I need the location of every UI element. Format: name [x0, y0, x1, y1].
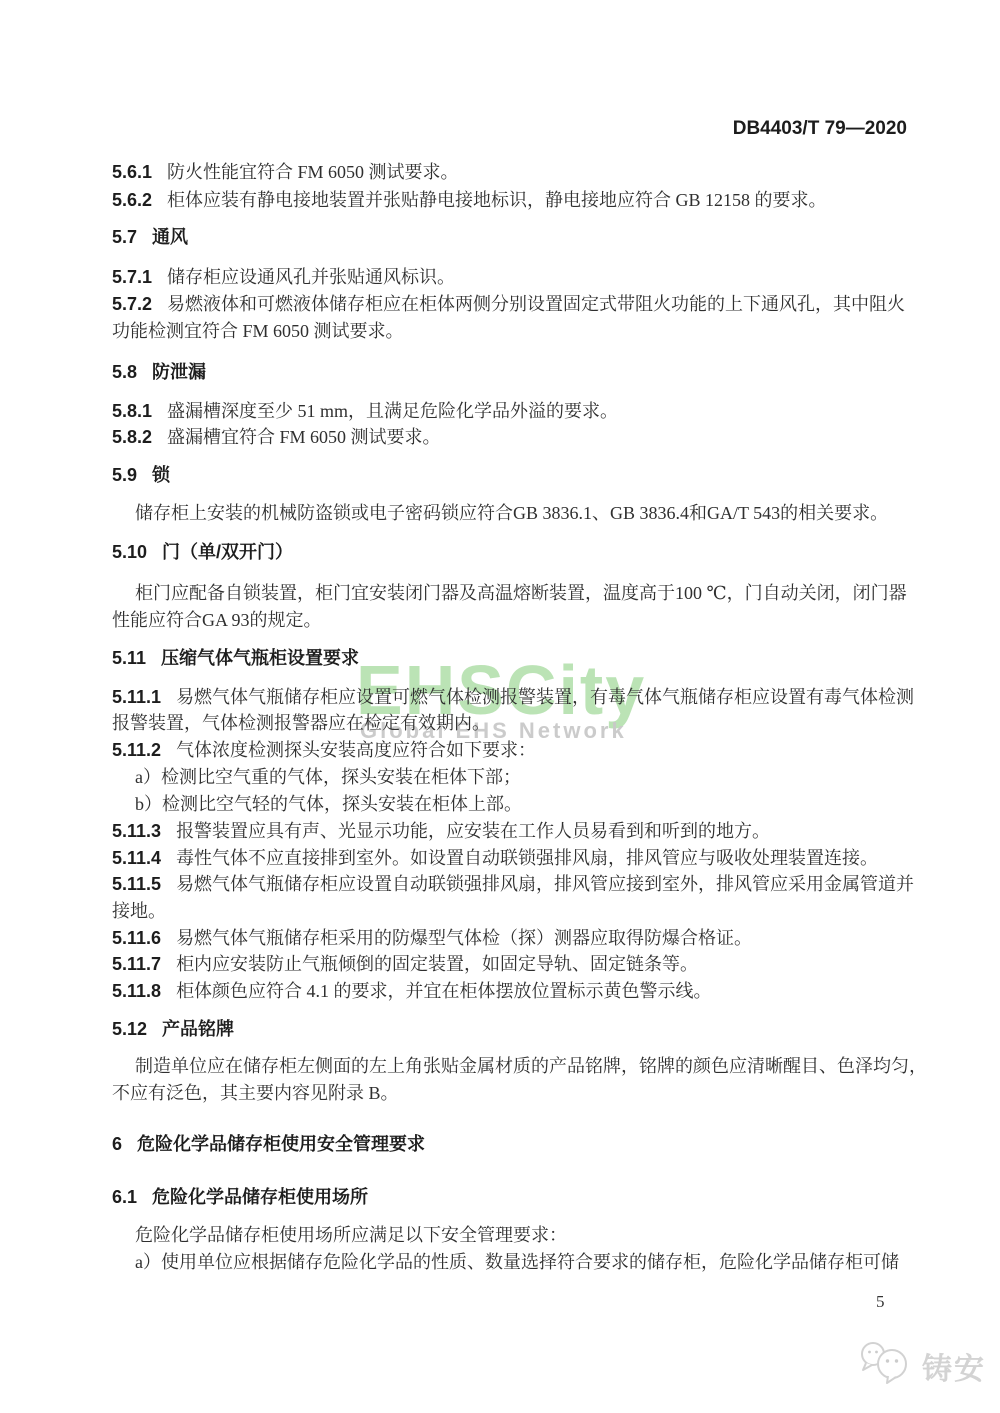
clause-number: 5.11.4	[112, 848, 161, 868]
clause-line: 5.8.1盛漏槽深度至少 51 mm，且满足危险化学品外溢的要求。	[112, 399, 912, 423]
section-title: 锁	[152, 465, 170, 485]
section-heading: 5.7通风	[112, 225, 912, 249]
list-item: a）使用单位应根据储存危险化学品的性质、数量选择符合要求的储存柜，危险化学品储存…	[112, 1250, 912, 1274]
clause-text: 柜内应安装防止气瓶倾倒的固定装置，如固定导轨、固定链条等。	[176, 954, 698, 974]
section-heading: 6.1危险化学品储存柜使用场所	[112, 1185, 912, 1209]
page-number: 5	[876, 1292, 885, 1312]
section-number: 5.7	[112, 227, 137, 247]
body-line: 不应有泛色，其主要内容见附录 B。	[112, 1081, 912, 1105]
clause-number: 5.6.2	[112, 190, 152, 210]
list-item-text: a）检测比空气重的气体，探头安装在柜体下部；	[135, 767, 521, 787]
clause-number: 5.11.3	[112, 821, 161, 841]
list-item-text: a）使用单位应根据储存危险化学品的性质、数量选择符合要求的储存柜，危险化学品储存…	[135, 1252, 899, 1272]
body-text: 储存柜上安装的机械防盗锁或电子密码锁应符合GB 3836.1、GB 3836.4…	[135, 503, 888, 523]
clause-line: 5.11.1易燃气体气瓶储存柜应设置可燃气体检测报警装置，有毒气体气瓶储存柜应设…	[112, 685, 912, 709]
clause-line: 5.11.5易燃气体气瓶储存柜应设置自动联锁强排风扇，排风管应接到室外，排风管应…	[112, 872, 912, 896]
clause-text: 易燃气体气瓶储存柜采用的防爆型气体检（探）测器应取得防爆合格证。	[176, 928, 752, 948]
clause-text: 毒性气体不应直接排到室外。如设置自动联锁强排风扇，排风管应与吸收处理装置连接。	[176, 848, 878, 868]
clause-line: 5.11.6易燃气体气瓶储存柜采用的防爆型气体检（探）测器应取得防爆合格证。	[112, 926, 912, 950]
clause-text: 盛漏槽宜符合 FM 6050 测试要求。	[167, 427, 441, 447]
clause-line: 5.6.1防火性能宜符合 FM 6050 测试要求。	[112, 160, 912, 184]
section-title: 压缩气体气瓶柜设置要求	[161, 648, 359, 668]
clause-line: 5.7.1储存柜应设通风孔并张贴通风标识。	[112, 265, 912, 289]
body-text: 不应有泛色，其主要内容见附录 B。	[112, 1083, 399, 1103]
body-line: 储存柜上安装的机械防盗锁或电子密码锁应符合GB 3836.1、GB 3836.4…	[112, 501, 912, 525]
clause-line: 5.8.2盛漏槽宜符合 FM 6050 测试要求。	[112, 425, 912, 449]
body-line: 功能检测宜符合 FM 6050 测试要求。	[112, 319, 912, 343]
clause-line: 5.11.4毒性气体不应直接排到室外。如设置自动联锁强排风扇，排风管应与吸收处理…	[112, 846, 912, 870]
clause-text: 易燃液体和可燃液体储存柜应在柜体两侧分别设置固定式带阻火功能的上下通风孔，其中阻…	[167, 294, 905, 314]
clause-text: 易燃气体气瓶储存柜应设置自动联锁强排风扇，排风管应接到室外，排风管应采用金属管道…	[176, 874, 914, 894]
section-heading: 5.12产品铭牌	[112, 1017, 912, 1041]
clause-number: 5.8.1	[112, 401, 152, 421]
section-number: 5.9	[112, 465, 137, 485]
brand-name-text: 铸安	[922, 1344, 986, 1388]
clause-text: 防火性能宜符合 FM 6050 测试要求。	[167, 162, 459, 182]
list-item: a）检测比空气重的气体，探头安装在柜体下部；	[112, 765, 912, 789]
body-line: 危险化学品储存柜使用场所应满足以下安全管理要求：	[112, 1223, 912, 1247]
section-heading: 5.10门（单/双开门）	[112, 540, 912, 564]
clause-text: 易燃气体气瓶储存柜应设置可燃气体检测报警装置，有毒气体气瓶储存柜应设置有毒气体检…	[176, 687, 914, 707]
clause-text: 柜体颜色应符合 4.1 的要求，并宜在柜体摆放位置标示黄色警示线。	[176, 981, 712, 1001]
section-title: 产品铭牌	[162, 1019, 234, 1039]
clause-number: 5.11.7	[112, 954, 161, 974]
body-text: 柜门应配备自锁装置，柜门宜安装闭门器及高温熔断装置，温度高于100 ℃，门自动关…	[135, 583, 907, 603]
body-text: 报警装置，气体检测报警器应在检定有效期内。	[112, 713, 490, 733]
body-text: 功能检测宜符合 FM 6050 测试要求。	[112, 321, 404, 341]
clause-number: 5.7.1	[112, 267, 152, 287]
chapter-title: 危险化学品储存柜使用安全管理要求	[137, 1134, 425, 1154]
clause-number: 5.11.2	[112, 740, 161, 760]
chat-bubbles-icon	[858, 1340, 916, 1391]
clause-number: 5.11.8	[112, 981, 161, 1001]
section-title: 危险化学品储存柜使用场所	[152, 1187, 368, 1207]
clause-number: 5.7.2	[112, 294, 152, 314]
clause-text: 报警装置应具有声、光显示功能，应安装在工作人员易看到和听到的地方。	[176, 821, 770, 841]
clause-text: 气体浓度检测探头安装高度应符合如下要求：	[176, 740, 536, 760]
section-number: 5.8	[112, 362, 137, 382]
section-title: 防泄漏	[152, 362, 206, 382]
clause-line: 5.6.2柜体应装有静电接地装置并张贴静电接地标识，静电接地应符合 GB 121…	[112, 188, 912, 212]
section-number: 6.1	[112, 1187, 137, 1207]
clause-text: 盛漏槽深度至少 51 mm，且满足危险化学品外溢的要求。	[167, 401, 618, 421]
clause-text: 储存柜应设通风孔并张贴通风标识。	[167, 267, 455, 287]
footer-brand-logo: 铸安	[858, 1340, 986, 1391]
clause-line: 5.11.2气体浓度检测探头安装高度应符合如下要求：	[112, 738, 912, 762]
clause-number: 5.11.5	[112, 874, 161, 894]
section-heading: 5.9锁	[112, 463, 912, 487]
chapter-number: 6	[112, 1134, 122, 1154]
section-heading: 5.11压缩气体气瓶柜设置要求	[112, 646, 912, 670]
clause-line: 5.7.2易燃液体和可燃液体储存柜应在柜体两侧分别设置固定式带阻火功能的上下通风…	[112, 292, 912, 316]
body-line: 报警装置，气体检测报警器应在检定有效期内。	[112, 711, 912, 735]
body-text: 性能应符合GA 93的规定。	[112, 610, 322, 630]
chapter-heading: 6危险化学品储存柜使用安全管理要求	[112, 1132, 912, 1156]
body-line: 性能应符合GA 93的规定。	[112, 608, 912, 632]
document-page: EHSCity Global EHS Network DB4403/T 79—2…	[0, 0, 1000, 1413]
clause-text: 柜体应装有静电接地装置并张贴静电接地标识，静电接地应符合 GB 12158 的要…	[167, 190, 827, 210]
section-heading: 5.8防泄漏	[112, 360, 912, 384]
clause-line: 5.11.3报警装置应具有声、光显示功能，应安装在工作人员易看到和听到的地方。	[112, 819, 912, 843]
section-title: 门（单/双开门）	[162, 542, 293, 562]
clause-number: 5.6.1	[112, 162, 152, 182]
clause-line: 5.11.8柜体颜色应符合 4.1 的要求，并宜在柜体摆放位置标示黄色警示线。	[112, 979, 912, 1003]
list-item-text: b）检测比空气轻的气体，探头安装在柜体上部。	[135, 794, 522, 814]
body-text: 接地。	[112, 901, 166, 921]
section-title: 通风	[152, 227, 188, 247]
body-line: 柜门应配备自锁装置，柜门宜安装闭门器及高温熔断装置，温度高于100 ℃，门自动关…	[112, 581, 912, 605]
body-text: 制造单位应在储存柜左侧面的左上角张贴金属材质的产品铭牌，铭牌的颜色应清晰醒目、色…	[135, 1056, 927, 1076]
list-item: b）检测比空气轻的气体，探头安装在柜体上部。	[112, 792, 912, 816]
body-line: 制造单位应在储存柜左侧面的左上角张贴金属材质的产品铭牌，铭牌的颜色应清晰醒目、色…	[112, 1054, 912, 1078]
clause-number: 5.8.2	[112, 427, 152, 447]
clause-number: 5.11.6	[112, 928, 161, 948]
body-line: 接地。	[112, 899, 912, 923]
clause-line: 5.11.7柜内应安装防止气瓶倾倒的固定装置，如固定导轨、固定链条等。	[112, 952, 912, 976]
clause-number: 5.11.1	[112, 687, 161, 707]
standard-code-header: DB4403/T 79—2020	[733, 118, 907, 140]
section-number: 5.12	[112, 1019, 147, 1039]
section-number: 5.10	[112, 542, 147, 562]
section-number: 5.11	[112, 648, 146, 668]
body-text: 危险化学品储存柜使用场所应满足以下安全管理要求：	[135, 1225, 567, 1245]
